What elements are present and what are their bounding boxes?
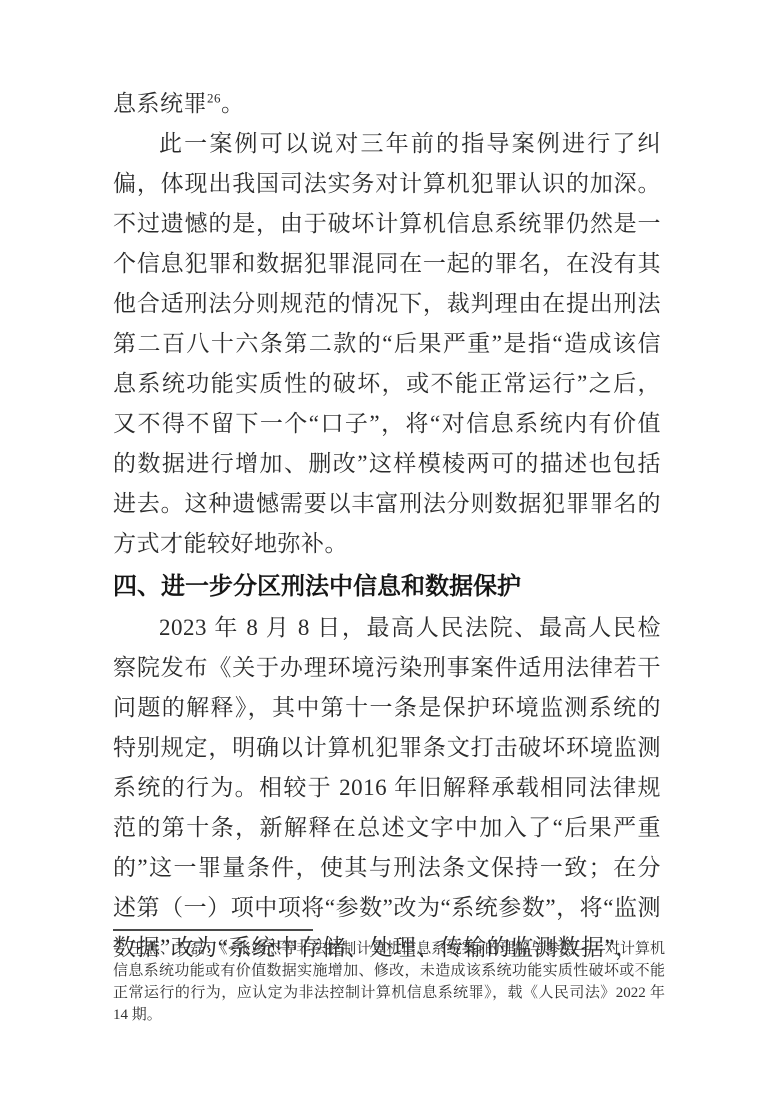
section-heading: 四、进一步分区刑法中信息和数据保护 bbox=[113, 566, 661, 608]
document-page: 息系统罪26。 此一案例可以说对三年前的指导案例进行了纠偏，体现出我国司法实务对… bbox=[0, 0, 774, 1094]
footnote-text: 王燕、石磊：《<张竣杰等非法控制计算机信息系统案>的理解与参照——对计算机信息系… bbox=[113, 941, 665, 1023]
continuation-period: 。 bbox=[221, 91, 245, 116]
paragraph-1: 此一案例可以说对三年前的指导案例进行了纠偏，体现出我国司法实务对计算机犯罪认识的… bbox=[113, 124, 661, 564]
paragraph-continuation: 息系统罪26。 bbox=[113, 84, 661, 124]
footnote-marker: 26 bbox=[113, 938, 124, 950]
footnote-area: 26王燕、石磊：《<张竣杰等非法控制计算机信息系统案>的理解与参照——对计算机信… bbox=[113, 929, 665, 1026]
document-body: 息系统罪26。 此一案例可以说对三年前的指导案例进行了纠偏，体现出我国司法实务对… bbox=[113, 84, 661, 968]
footnote-26: 26王燕、石磊：《<张竣杰等非法控制计算机信息系统案>的理解与参照——对计算机信… bbox=[113, 938, 665, 1026]
continuation-text: 息系统罪 bbox=[113, 91, 207, 116]
paragraph-2: 2023 年 8 月 8 日，最高人民法院、最高人民检察院发布《关于办理环境污染… bbox=[113, 608, 661, 968]
footnote-separator-line bbox=[113, 929, 313, 931]
footnote-reference-26: 26 bbox=[207, 90, 221, 105]
